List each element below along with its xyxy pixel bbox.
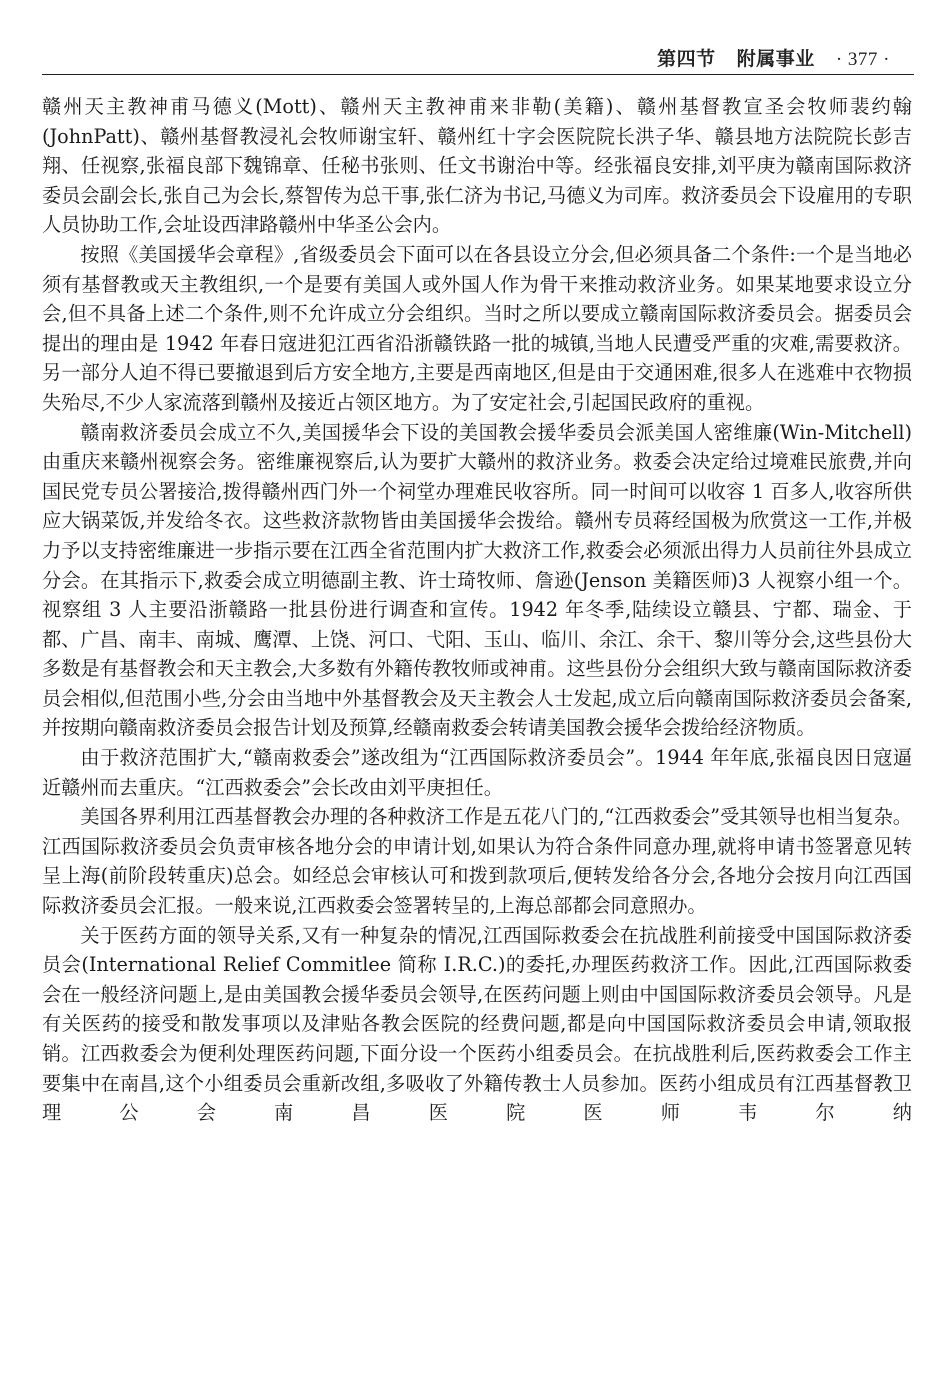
page-number: · 377 · — [836, 49, 890, 70]
paragraph-5: 美国各界利用江西基督教会办理的各种救济工作是五花八门的,“江西救委会”受其领导也… — [42, 802, 912, 920]
section-title: 附属事业 — [737, 48, 815, 70]
paragraph-6: 关于医药方面的领导关系,又有一种复杂的情况,江西国际救委会在抗战胜利前接受中国国… — [42, 921, 912, 1128]
section-label: 第四节 — [657, 48, 716, 70]
running-header: 第四节 附属事业 · 377 · — [42, 40, 914, 75]
header-text: 第四节 附属事业 · 377 · — [643, 44, 890, 71]
paragraph-3: 赣南救济委员会成立不久,美国援华会下设的美国教会援华委员会派美国人密维廉(Win… — [42, 418, 912, 744]
paragraph-4: 由于救济范围扩大,“赣南救委会”遂改组为“江西国际救济委员会”。1944 年年底… — [42, 743, 912, 802]
page-body: 赣州天主教神甫马德义(Mott)、赣州天主教神甫来非勒(美籍)、赣州基督教宣圣会… — [42, 92, 912, 1128]
paragraph-2: 按照《美国援华会章程》,省级委员会下面可以在各县设立分会,但必须具备二个条件:一… — [42, 240, 912, 418]
paragraph-1: 赣州天主教神甫马德义(Mott)、赣州天主教神甫来非勒(美籍)、赣州基督教宣圣会… — [42, 92, 912, 240]
